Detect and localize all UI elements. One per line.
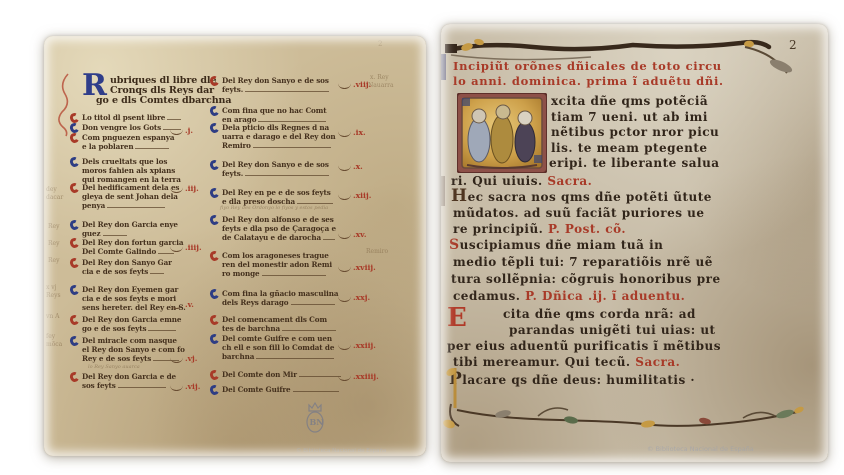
entry-line: e la poblaren	[82, 142, 176, 151]
rubric-entry: Lo titol dl psent libre	[70, 113, 181, 123]
watermark-right: © Biblioteca Nacional de España	[647, 445, 754, 453]
rubric-entry: Del Rey don Garcia emne go e de sos feyt…	[70, 315, 183, 333]
entry-line: Del Rey en pe e de sos feyts	[222, 188, 333, 197]
versal-initial: H	[451, 186, 468, 206]
left-page-photo: R ubriques dl libre dle Cronqs dls Reys …	[44, 36, 426, 456]
entry-line: Del Comte don Mir	[222, 370, 341, 379]
bracket-icon	[338, 264, 351, 272]
margin-note: Nauarra	[368, 82, 394, 89]
text-line: medio tẽpli tui: 7 reparatiõis nrẽ uẽ	[453, 255, 713, 269]
margin-note: vn A	[46, 313, 60, 320]
entry-line: dels Reys darago	[222, 298, 341, 307]
text-line: tiam 7 ueni. ut ab imi	[551, 110, 708, 124]
entry-line: Com fina la gñacio masculina	[222, 289, 341, 298]
text-line: parandas unigẽti tui uias: ut	[509, 323, 716, 337]
entry-line: el Rey don Sanyo e com fo	[82, 345, 187, 354]
paragraph-mark-icon	[69, 335, 81, 347]
entry-line: gleya de sent Johan dela	[82, 192, 181, 201]
text-line: nẽtibus pctor nror picu	[551, 125, 719, 139]
bracket-icon	[170, 185, 183, 193]
rubric-entry: Del Rey don Sanyo e de sos feyts.	[210, 160, 331, 178]
entry-line: Don vengre los Gots	[82, 123, 181, 132]
paragraph-mark-icon	[209, 105, 221, 117]
text-line: uscipiamus dñe miam tuã in	[460, 238, 664, 252]
rubric-entry: Del Rey don Sanyo Gar cia e de sos feyts	[70, 258, 174, 276]
rubric-word: P. Post. cõ.	[548, 222, 626, 236]
right-page-photo: 2 Incipiũt orõnes dñicales de toto circu…	[441, 24, 828, 462]
text-line: mũdatos. ad suũ faciãt puriores ue	[453, 206, 705, 220]
entry-line: Del Rey don Sanyo Gar	[82, 258, 174, 267]
entry-line: Del Rey don Eyemen gar	[82, 285, 188, 294]
margin-note: Rey	[48, 257, 59, 264]
chapter-number: .j.	[170, 126, 193, 135]
bracket-icon	[338, 129, 351, 137]
chapter-number: .iiij.	[170, 243, 202, 252]
rubric-entry: Del Rey don Sanyo e de sos feyts.	[210, 76, 331, 94]
paragraph-mark-icon	[69, 257, 81, 269]
chapter-number: .xxiij.	[338, 341, 376, 350]
margin-note: mõca	[46, 341, 62, 348]
bracket-icon	[170, 127, 183, 135]
bracket-icon	[338, 231, 351, 239]
paragraph-mark-icon	[209, 369, 221, 381]
entry-line: Del Rey don Garcia enye	[82, 220, 180, 229]
margin-note: x. Rey	[370, 74, 389, 81]
versal-initial: E	[447, 303, 467, 333]
rubric-entry: Com fina que no hac Comt en arago	[210, 106, 328, 124]
cut-initial-sliver	[441, 54, 446, 80]
margin-note: dey	[46, 186, 57, 193]
chapter-number: .iij.	[170, 184, 199, 193]
entry-line: Del Rey don Garcia e de	[82, 372, 178, 381]
stamp-text: BN	[310, 417, 324, 427]
paragraph-mark-icon	[209, 333, 221, 345]
paragraph-mark-icon	[69, 156, 81, 168]
entry-line: Del miracle com nasque	[82, 336, 187, 345]
entry-line: uarra e darago e del Rey don	[222, 132, 338, 141]
rubric-entry: Del Rey don Garcia e de sos feyts	[70, 372, 178, 390]
entry-line: Del Rey don Sanyo e de sos	[222, 76, 331, 85]
paragraph-mark-icon	[69, 314, 81, 326]
rubric-entry: Del Comte don Mir	[210, 370, 341, 380]
margin-note: Remiro	[366, 248, 388, 255]
entry-line: Dels crueltats que los	[82, 157, 183, 166]
margin-note: Rey	[48, 223, 59, 230]
paragraph-mark-icon	[69, 182, 81, 194]
title-line: go e dls Comtes dbarchna	[96, 96, 231, 106]
entry-line: penya	[82, 201, 181, 210]
rubric-line: lo anni. dominica. prima ĩ aduẽtu dñi.	[453, 74, 724, 88]
folio-number: 2	[789, 38, 797, 52]
rubric-entry: Com los aragoneses trague ren del monest…	[210, 251, 334, 278]
chapter-number: .viij.	[338, 80, 371, 89]
paragraph-mark-icon	[69, 284, 81, 296]
entry-line: Dela pticio dls Regnes d na	[222, 123, 338, 132]
paragraph-mark-icon	[209, 122, 221, 134]
text-line: ec sacra nos qms dñe potẽti ũtute	[468, 190, 712, 204]
entry-line: Com pnguezen espanya	[82, 133, 176, 142]
entry-line: guez	[82, 229, 180, 238]
rubric-entry: Del comencament dls Com tes de barchna	[210, 315, 336, 333]
bracket-icon	[338, 294, 351, 302]
rubric-entry: Dela pticio dls Regnes d na uarra e dara…	[210, 123, 338, 150]
text-line: per eius aduentũ purificatis ĩ mẽtibus	[447, 339, 721, 353]
paragraph-mark-icon	[209, 250, 221, 262]
chapter-number: .vij.	[170, 382, 200, 391]
entry-line: feyts e dla pso de Çaragoça e	[222, 224, 338, 233]
chapter-number: .ix.	[338, 128, 366, 137]
interlinear-note: lo Rey Sanyo auarca	[88, 364, 140, 370]
entry-line: Remiro	[222, 141, 338, 150]
text-line: eripi. te liberante salua	[549, 156, 720, 170]
paragraph-mark-icon	[209, 187, 221, 199]
entry-line: barchna	[222, 352, 336, 361]
chapter-number: .xiij.	[338, 191, 371, 200]
rubric-entry: Del Rey don alfonso e de ses feyts e dla…	[210, 215, 338, 242]
entry-line: Del Rey don Garcia emne	[82, 315, 183, 324]
paragraph-mark-icon	[209, 75, 221, 87]
bottom-vine-border-icon	[443, 364, 809, 436]
bracket-icon	[338, 373, 351, 381]
manuscript-photo-canvas: R ubriques dl libre dle Cronqs dls Reys …	[0, 0, 844, 475]
text-line: re principiũ.	[453, 222, 548, 236]
chapter-number: .xxj.	[338, 293, 370, 302]
entry-line: moros fahien als xpians	[82, 166, 183, 175]
rubric-word: P. Dñica .ij. ĩ aduentu.	[525, 289, 685, 303]
margin-note: Reys	[46, 292, 61, 299]
text-line: xcita dñe qms potẽciã	[551, 94, 708, 108]
bracket-icon	[338, 192, 351, 200]
paragraph-mark-icon	[209, 214, 221, 226]
entry-line: go e de sos feyts	[82, 324, 183, 333]
entry-line: Com fina que no hac Comt	[222, 106, 328, 115]
library-stamp-icon: BN	[302, 400, 328, 436]
rubric-entry: Del Rey en pe e de sos feyts e dla preso…	[210, 188, 333, 206]
versal-initial: S	[449, 237, 460, 253]
chapter-number: .xxiiij.	[338, 372, 379, 381]
bracket-icon	[170, 301, 183, 309]
bracket-icon	[170, 383, 183, 391]
entry-line: feyts.	[222, 85, 331, 94]
text-line: cedamus.	[453, 289, 525, 303]
text-line: cita dñe qms corda nrã: ad	[503, 307, 696, 321]
rubric-entry: Del Rey don Garcia enye guez	[70, 220, 180, 238]
paragraph-mark-icon	[69, 132, 81, 144]
text-line: tura sollẽpnia: cõgruis honoribus pre	[451, 272, 721, 286]
rubric-entry: Del comte Guifre e com uen ch ell e son …	[210, 334, 336, 361]
paragraph-mark-icon	[209, 384, 221, 396]
entry-line: Del comencament dls Com	[222, 315, 336, 324]
entry-line: ch ell e son fill lo Comdat de	[222, 343, 336, 352]
bracket-icon	[338, 342, 351, 350]
entry-line: feyts.	[222, 169, 331, 178]
paragraph-mark-icon	[69, 371, 81, 383]
rubric-entry: Del hedificament dela es gleya de sent J…	[70, 183, 181, 210]
rubric-entry: Don vengre los Gots	[70, 123, 181, 133]
entry-line: Del comte Guifre e com uen	[222, 334, 336, 343]
bracket-icon	[170, 244, 183, 252]
rubric-entry: Dels crueltats que los moros fahien als …	[70, 157, 183, 184]
paragraph-mark-icon	[209, 159, 221, 171]
chapter-number: .xviij.	[338, 263, 376, 272]
paragraph-mark-icon	[69, 237, 81, 249]
text-line: lis. te meam ptegente	[551, 141, 708, 155]
cut-initial-sliver	[441, 176, 445, 206]
entry-line: Com los aragoneses trague	[222, 251, 334, 260]
rubric-entry: Com fina la gñacio masculina dels Reys d…	[210, 289, 341, 307]
rubric-entry: Del Rey don fortun garcia Del Comte Gali…	[70, 238, 186, 256]
margin-note: Rey	[48, 240, 59, 247]
entry-line: ren del monestir adon Remi	[222, 260, 334, 269]
entry-line: ro monge	[222, 269, 334, 278]
entry-line: de Calatayu e de darocha	[222, 233, 338, 242]
watermark-left: © Biblioteca Nacional de España	[296, 448, 386, 454]
bracket-icon	[170, 355, 183, 363]
chapter-number: .v.	[170, 300, 194, 309]
rubric-word: Sacra.	[543, 174, 593, 188]
entry-line: cia e de sos feyts	[82, 267, 174, 276]
bracket-icon	[338, 163, 351, 171]
paragraph-mark-icon	[69, 219, 81, 231]
paragraph-mark-icon	[209, 314, 221, 326]
bracket-icon	[338, 81, 351, 89]
chapter-number: .x.	[338, 162, 363, 171]
rubric-line: Incipiũt orõnes dñicales de toto circu	[453, 59, 722, 73]
interlinear-note: fiyo Rey des Ordonyo lo fiyos y estos pe…	[220, 205, 328, 211]
entry-line: Lo titol dl psent libre	[82, 113, 181, 122]
margin-note: fey	[46, 333, 55, 340]
rubric-entry: Com pnguezen espanya e la poblaren	[70, 133, 176, 151]
entry-line: sos feyts	[82, 381, 178, 390]
chapter-number: .xv.	[338, 230, 366, 239]
entry-line: tes de barchna	[222, 324, 336, 333]
entry-line: Del Comte Guifre	[222, 385, 339, 394]
entry-line: Del Rey don alfonso e de ses	[222, 215, 338, 224]
historiated-initial-miniature	[457, 93, 547, 173]
margin-note: x vj	[46, 284, 57, 291]
margin-note: dacar	[46, 194, 63, 201]
entry-line: Del hedificament dela es	[82, 183, 181, 192]
rubric-entry: Del Comte Guifre	[210, 385, 339, 395]
paragraph-mark-icon	[209, 288, 221, 300]
folio-number-faint: 2	[378, 40, 382, 48]
chapter-number: .vj.	[170, 354, 197, 363]
entry-line: Del Rey don Sanyo e de sos	[222, 160, 331, 169]
